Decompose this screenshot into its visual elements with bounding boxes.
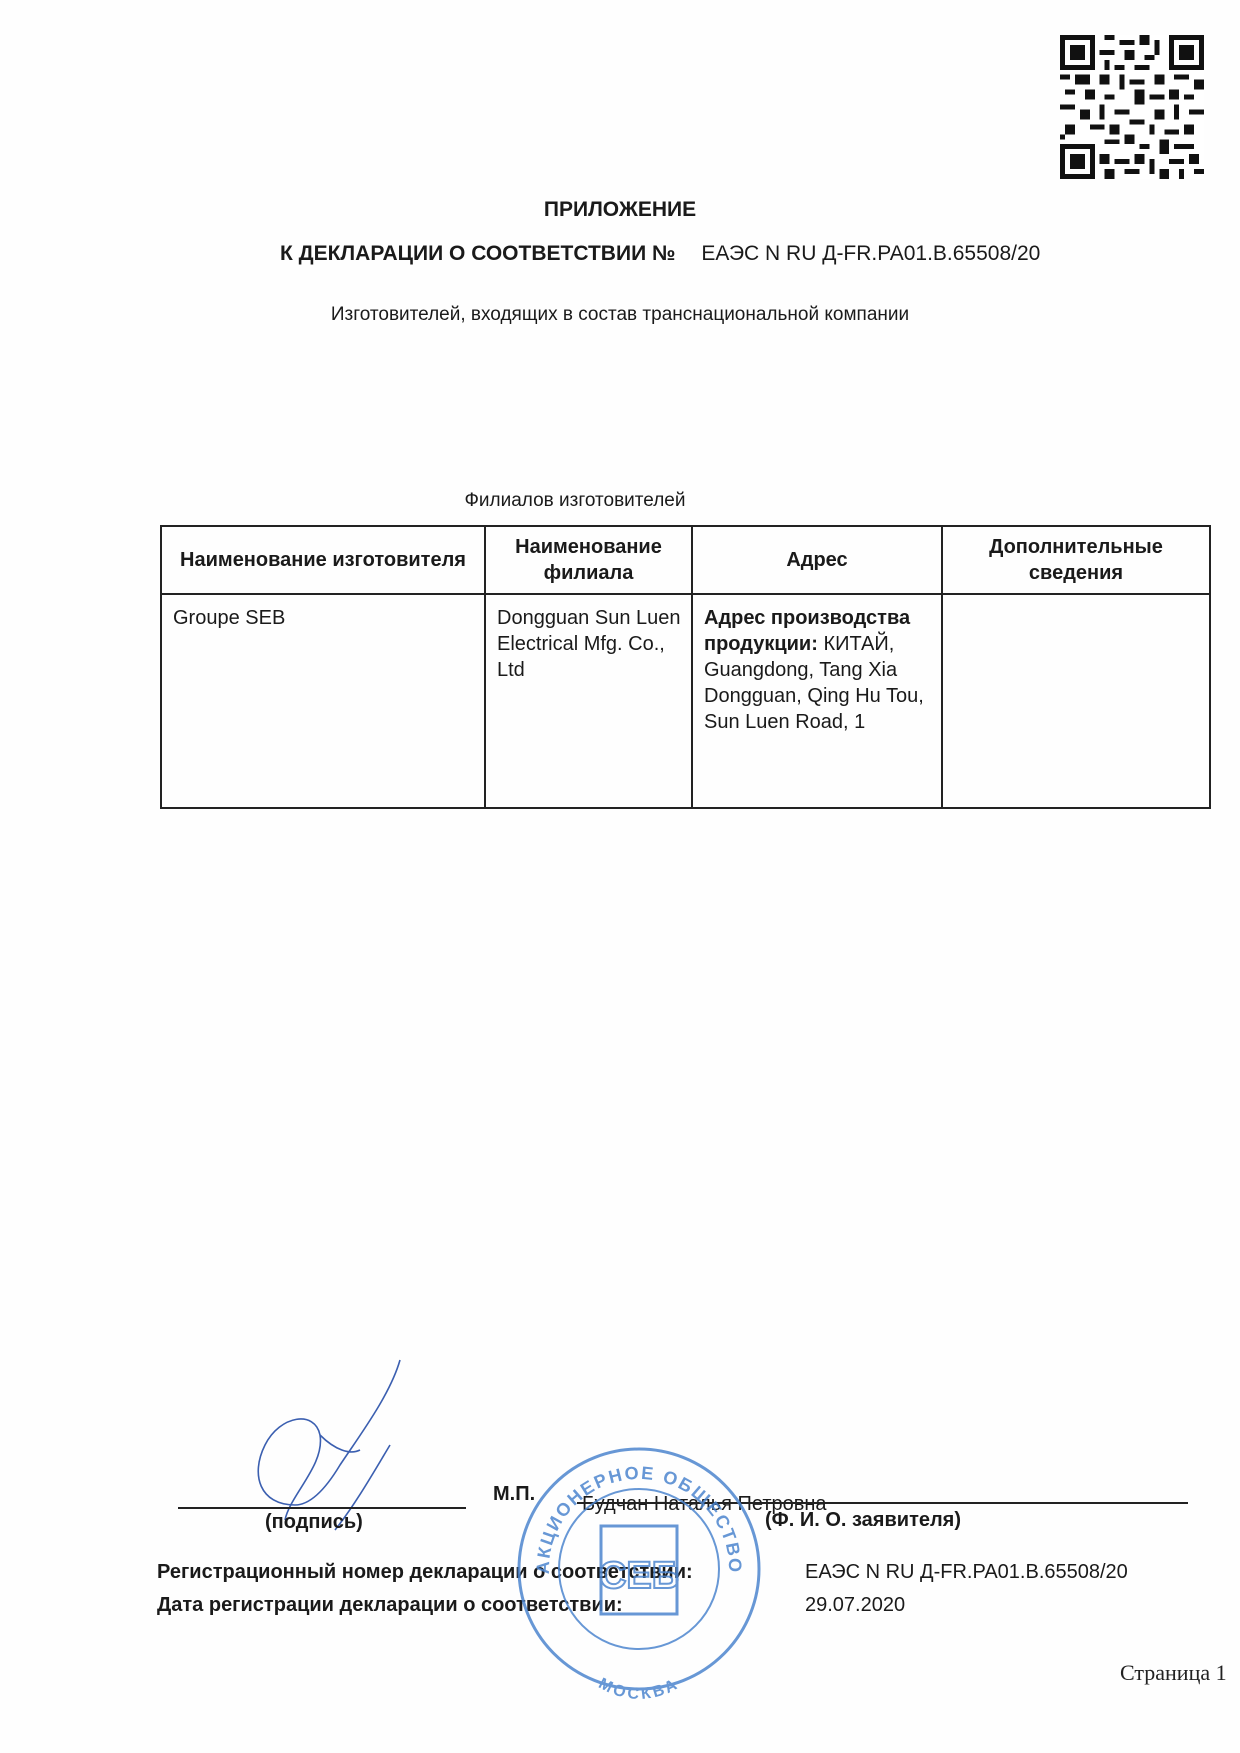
table-row: Groupe SEB Dongguan Sun Luen Electrical … [161, 594, 1210, 808]
column-header-address: Адрес [692, 526, 942, 594]
column-header-branch: Наименование филиала [485, 526, 692, 594]
name-caption: (Ф. И. О. заявителя) [765, 1509, 961, 1532]
name-line [577, 1502, 1188, 1504]
cell-additional [942, 594, 1210, 808]
table-header-row: Наименование изготовителя Наименование ф… [161, 526, 1210, 594]
registration-date-label: Дата регистрации декларации о соответств… [157, 1594, 623, 1616]
cell-manufacturer: Groupe SEB [161, 594, 485, 808]
signature-line [178, 1507, 466, 1509]
subtitle: Изготовителей, входящих в состав трансна… [0, 304, 1240, 326]
declaration-heading: К ДЕКЛАРАЦИИ О СООТВЕТСТВИИ №ЕАЭС N RU Д… [280, 242, 1040, 266]
registration-number-value: ЕАЭС N RU Д-FR.PA01.B.65508/20 [805, 1561, 1128, 1584]
registration-date-value: 29.07.2020 [805, 1594, 905, 1617]
qr-code-icon [1060, 35, 1204, 179]
stamp-text-top: АКЦИОНЕРНОЕ ОБЩЕСТВО [533, 1463, 745, 1575]
signature-caption: (подпись) [265, 1511, 363, 1534]
declaration-number: ЕАЭС N RU Д-FR.PA01.B.65508/20 [701, 242, 1040, 265]
cell-branch: Dongguan Sun Luen Electrical Mfg. Co., L… [485, 594, 692, 808]
svg-text:МОСКВА: МОСКВА [596, 1675, 683, 1700]
cell-address: Адрес производства продукции: КИТАЙ, Gua… [692, 594, 942, 808]
registration-number-label: Регистрационный номер декларации о соотв… [157, 1561, 693, 1583]
registration-number-row: Регистрационный номер декларации о соотв… [157, 1561, 693, 1584]
page-title: ПРИЛОЖЕНИЕ [0, 198, 1240, 222]
stamp-text-bottom: МОСКВА [596, 1675, 683, 1700]
svg-text:АКЦИОНЕРНОЕ ОБЩЕСТВО: АКЦИОНЕРНОЕ ОБЩЕСТВО [533, 1463, 745, 1575]
table-caption: Филиалов изготовителей [464, 490, 685, 511]
stamp-mark: М.П. [493, 1483, 535, 1506]
column-header-additional: Дополнительные сведения [942, 526, 1210, 594]
declaration-label: К ДЕКЛАРАЦИИ О СООТВЕТСТВИИ № [280, 242, 675, 265]
registration-date-row: Дата регистрации декларации о соответств… [157, 1594, 623, 1617]
table-caption-wrap: Филиалов изготовителей [0, 490, 1240, 512]
branches-table: Наименование изготовителя Наименование ф… [160, 525, 1211, 809]
page-number: Страница 1 [1120, 1660, 1240, 1686]
column-header-manufacturer: Наименование изготовителя [161, 526, 485, 594]
